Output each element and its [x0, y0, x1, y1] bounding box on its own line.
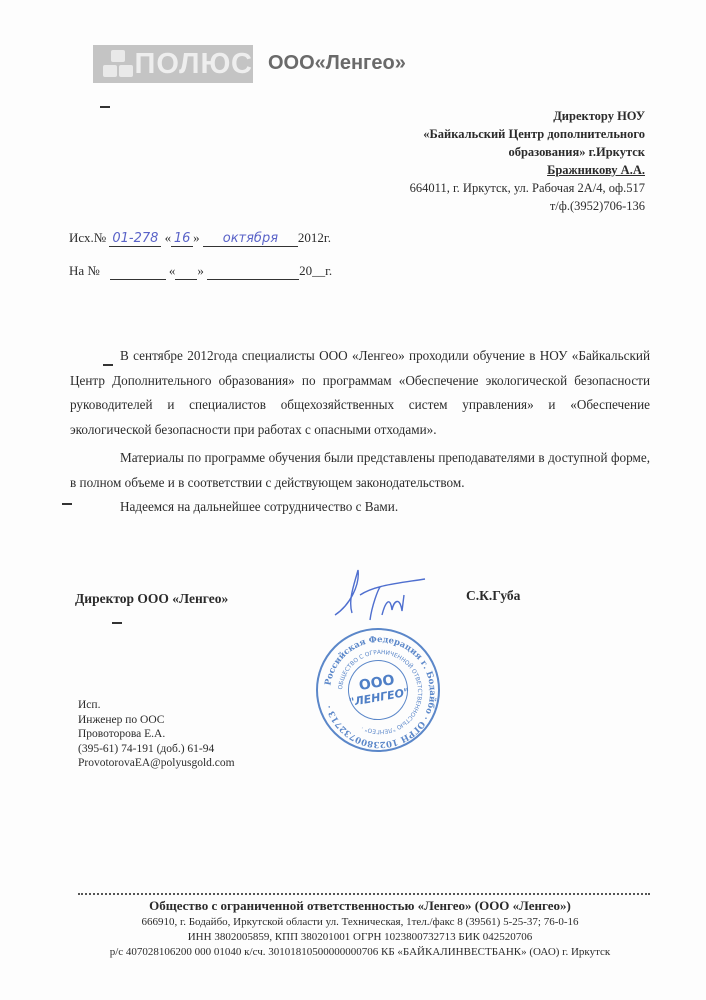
signatory-position: Директор ООО «Ленгео»: [75, 591, 228, 607]
scan-mark: [103, 364, 113, 366]
polyus-logo: ПОЛЮС: [93, 45, 253, 83]
outgoing-month: октября: [223, 231, 278, 246]
outgoing-year: 2012г.: [298, 230, 331, 245]
outgoing-ref: Исх.№ 01-278 «16» октября2012г.: [69, 230, 331, 247]
logo-text: ПОЛЮС: [135, 45, 254, 83]
body-paragraph-1: В сентябре 2012года специалисты ООО «Лен…: [70, 344, 650, 442]
polyus-logo-icon: [101, 48, 129, 80]
handwritten-signature: [330, 565, 450, 630]
scan-mark: [100, 106, 110, 108]
footer: Общество с ограниченной ответственностью…: [60, 897, 660, 960]
footer-address: 666910, г. Бодайбо, Иркутской области ул…: [60, 915, 660, 930]
footer-title: Общество с ограниченной ответственностью…: [60, 897, 660, 915]
addressee-line-3: образования» г.Иркутск: [410, 143, 645, 161]
outgoing-day: 16: [174, 231, 191, 246]
addressee-phone: т/ф.(3952)706-136: [410, 197, 645, 215]
addressee-block: Директору НОУ «Байкальский Центр дополни…: [410, 107, 645, 215]
addressee-line-2: «Байкальский Центр дополнительного: [410, 125, 645, 143]
executor-label: Исп.: [78, 698, 235, 713]
incoming-ref: На № « » 20__г.: [69, 263, 332, 280]
executor-phone: (395-61) 74-191 (доб.) 61-94: [78, 742, 235, 757]
executor-position: Инженер по ООС: [78, 713, 235, 728]
signatory-name: С.К.Губа: [466, 588, 520, 604]
addressee-address: 664011, г. Иркутск, ул. Рабочая 2А/4, оф…: [410, 179, 645, 197]
footer-bank: р/с 407028106200 000 01040 к/сч. 3010181…: [60, 945, 660, 960]
executor-email: ProvotorovaEA@polyusgold.com: [78, 756, 235, 771]
scan-mark: [112, 622, 122, 624]
footer-ids: ИНН 3802005859, КПП 380201001 ОГРН 10238…: [60, 930, 660, 945]
company-name: ООО«Ленгео»: [268, 52, 406, 75]
letter-body: В сентябре 2012года специалисты ООО «Лен…: [70, 344, 650, 520]
executor-block: Исп. Инженер по ООС Провоторова Е.А. (39…: [78, 698, 235, 771]
scan-mark: [62, 503, 72, 505]
company-stamp: Российская Федерация г. Бодайбо · ОГРН 1…: [316, 628, 440, 752]
addressee-line-1: Директору НОУ: [410, 107, 645, 125]
outgoing-number: 01-278: [112, 231, 158, 246]
incoming-year: 20__г.: [299, 263, 332, 278]
incoming-label: На №: [69, 263, 100, 278]
outgoing-label: Исх.№: [69, 230, 106, 245]
footer-divider: [78, 893, 650, 895]
body-paragraph-3: Надеемся на дальнейшее сотрудничество с …: [70, 495, 650, 520]
addressee-name: Бражникову А.А.: [410, 161, 645, 179]
body-paragraph-2: Материалы по программе обучения были пре…: [70, 446, 650, 495]
executor-name: Провоторова Е.А.: [78, 727, 235, 742]
